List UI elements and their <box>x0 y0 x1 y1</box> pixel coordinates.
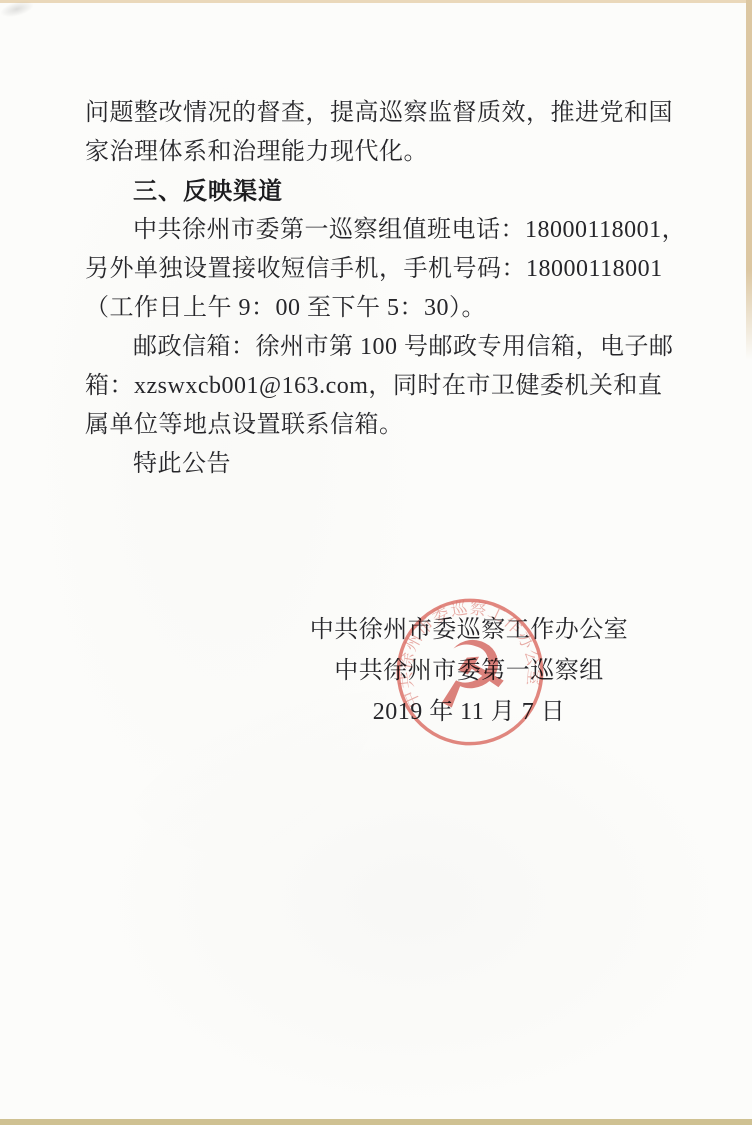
body-line: （工作日上午 9：00 至下午 5：30）。 <box>85 289 697 328</box>
signature-org-1: 中共徐州市委巡察工作办公室 <box>279 610 659 651</box>
body-line: 箱：xzswxcb001@163.com，同时在市卫健委机关和直 <box>85 367 697 406</box>
signature-block: 中共徐州市委巡察工作办公室 中共徐州市委第一巡察组 2019 年 11 月 7 … <box>279 610 659 733</box>
closing-phrase: 特此公告 <box>85 445 697 484</box>
scan-edge-bottom <box>0 1119 752 1125</box>
body-line: 问题整改情况的督查，提高巡察监督质效，推进党和国 <box>85 94 697 133</box>
scan-edge-right <box>746 0 752 360</box>
signature-date: 2019 年 11 月 7 日 <box>279 692 659 733</box>
body-line: 中共徐州市委第一巡察组值班电话：18000118001， <box>85 211 697 250</box>
body-line: 家治理体系和治理能力现代化。 <box>85 133 697 172</box>
document-body: 问题整改情况的督查，提高巡察监督质效，推进党和国 家治理体系和治理能力现代化。 … <box>85 94 697 484</box>
scanned-document-page: 问题整改情况的督查，提高巡察监督质效，推进党和国 家治理体系和治理能力现代化。 … <box>0 0 752 1125</box>
body-line: 另外单独设置接收短信手机，手机号码：18000118001 <box>85 250 697 289</box>
body-line: 邮政信箱：徐州市第 100 号邮政专用信箱，电子邮 <box>85 328 697 367</box>
section-heading: 三、反映渠道 <box>85 172 697 211</box>
scan-edge-top <box>0 0 752 3</box>
scan-smudge <box>0 0 35 20</box>
body-line: 属单位等地点设置联系信箱。 <box>85 406 697 445</box>
signature-org-2: 中共徐州市委第一巡察组 <box>279 651 659 692</box>
